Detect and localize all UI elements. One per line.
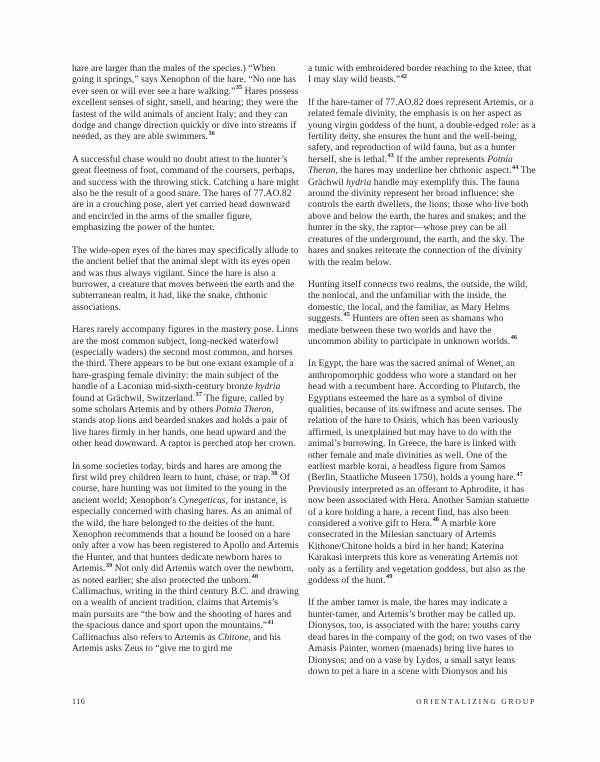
footnote-reference: 44 [512, 164, 519, 171]
footnote-reference: 42 [400, 73, 407, 80]
page-footer: 116 ORIENTALIZING GROUP [72, 697, 536, 706]
body-text: The wide-open eyes of the hares may spec… [72, 246, 298, 313]
footnote-reference: 43 [387, 152, 394, 159]
italic-text: hydria [255, 382, 280, 392]
footnote-reference: 36 [208, 130, 215, 137]
paragraph: If the hare-tamer of 77.AO.82 does repre… [308, 98, 536, 269]
paragraph: In some societies today, birds and hares… [72, 462, 299, 656]
body-text: In Egypt, the hare was the sacred animal… [308, 359, 522, 483]
footnote-reference: 38 [271, 470, 278, 477]
italic-text: Chitone [218, 633, 248, 643]
paragraph: hare are larger than the males of the sp… [72, 64, 299, 144]
paragraph: The wide-open eyes of the hares may spec… [72, 246, 299, 314]
text-columns: hare are larger than the males of the sp… [72, 64, 536, 689]
right-column: a tunic with embroidered border reaching… [308, 64, 536, 689]
body-text: Callimachus, writing in the third centur… [72, 587, 299, 631]
page-number: 116 [72, 697, 85, 706]
body-text: A successful chase would no doubt attest… [72, 155, 299, 233]
footnote-reference: 40 [251, 573, 258, 580]
body-text: Previously interpreted as an offerant to… [308, 485, 529, 529]
footnote-reference: 49 [386, 573, 393, 580]
footnote-reference: 48 [432, 516, 439, 523]
body-text: a tunic with embroidered border reaching… [308, 64, 531, 85]
body-text: In some societies today, birds and hares… [72, 462, 281, 483]
italic-text: Potnia Theron [216, 405, 271, 415]
paragraph: In Egypt, the hare was the sacred animal… [308, 359, 536, 587]
paragraph: If the amber tamer is male, the hares ma… [308, 598, 536, 678]
body-text: , the hares may underline her chthonic a… [335, 166, 511, 176]
footnote-reference: 35 [235, 84, 242, 91]
body-text: A marble kore consecrated in the Milesia… [308, 519, 525, 586]
italic-text: hydria [346, 178, 371, 188]
body-text: If the amber represents [394, 155, 487, 165]
body-text: If the amber tamer is male, the hares ma… [308, 598, 531, 676]
running-head: ORIENTALIZING GROUP [416, 697, 536, 706]
body-text: Callimachus also refers to Artemis as [72, 633, 218, 643]
body-text: handle may exemplify this. The fauna aro… [308, 178, 528, 268]
footnote-reference: 39 [105, 562, 112, 569]
paragraph: Hunting itself connects two realms, the … [308, 280, 536, 348]
body-text: found at Grächwil, Switzerland. [72, 394, 195, 404]
footnote-reference: 45 [343, 311, 350, 318]
italic-text: Cynegeticus [179, 496, 226, 506]
footnote-reference: 47 [516, 471, 523, 478]
left-column: hare are larger than the males of the sp… [72, 64, 299, 689]
paragraph: A successful chase would no doubt attest… [72, 155, 299, 235]
paragraph: a tunic with embroidered border reaching… [308, 64, 536, 87]
book-page: hare are larger than the males of the sp… [0, 0, 600, 762]
footnote-reference: 46 [510, 334, 517, 341]
paragraph: Hares rarely accompany figures in the ma… [72, 325, 299, 450]
footnote-reference: 41 [267, 619, 274, 626]
footnote-reference: 37 [195, 391, 202, 398]
